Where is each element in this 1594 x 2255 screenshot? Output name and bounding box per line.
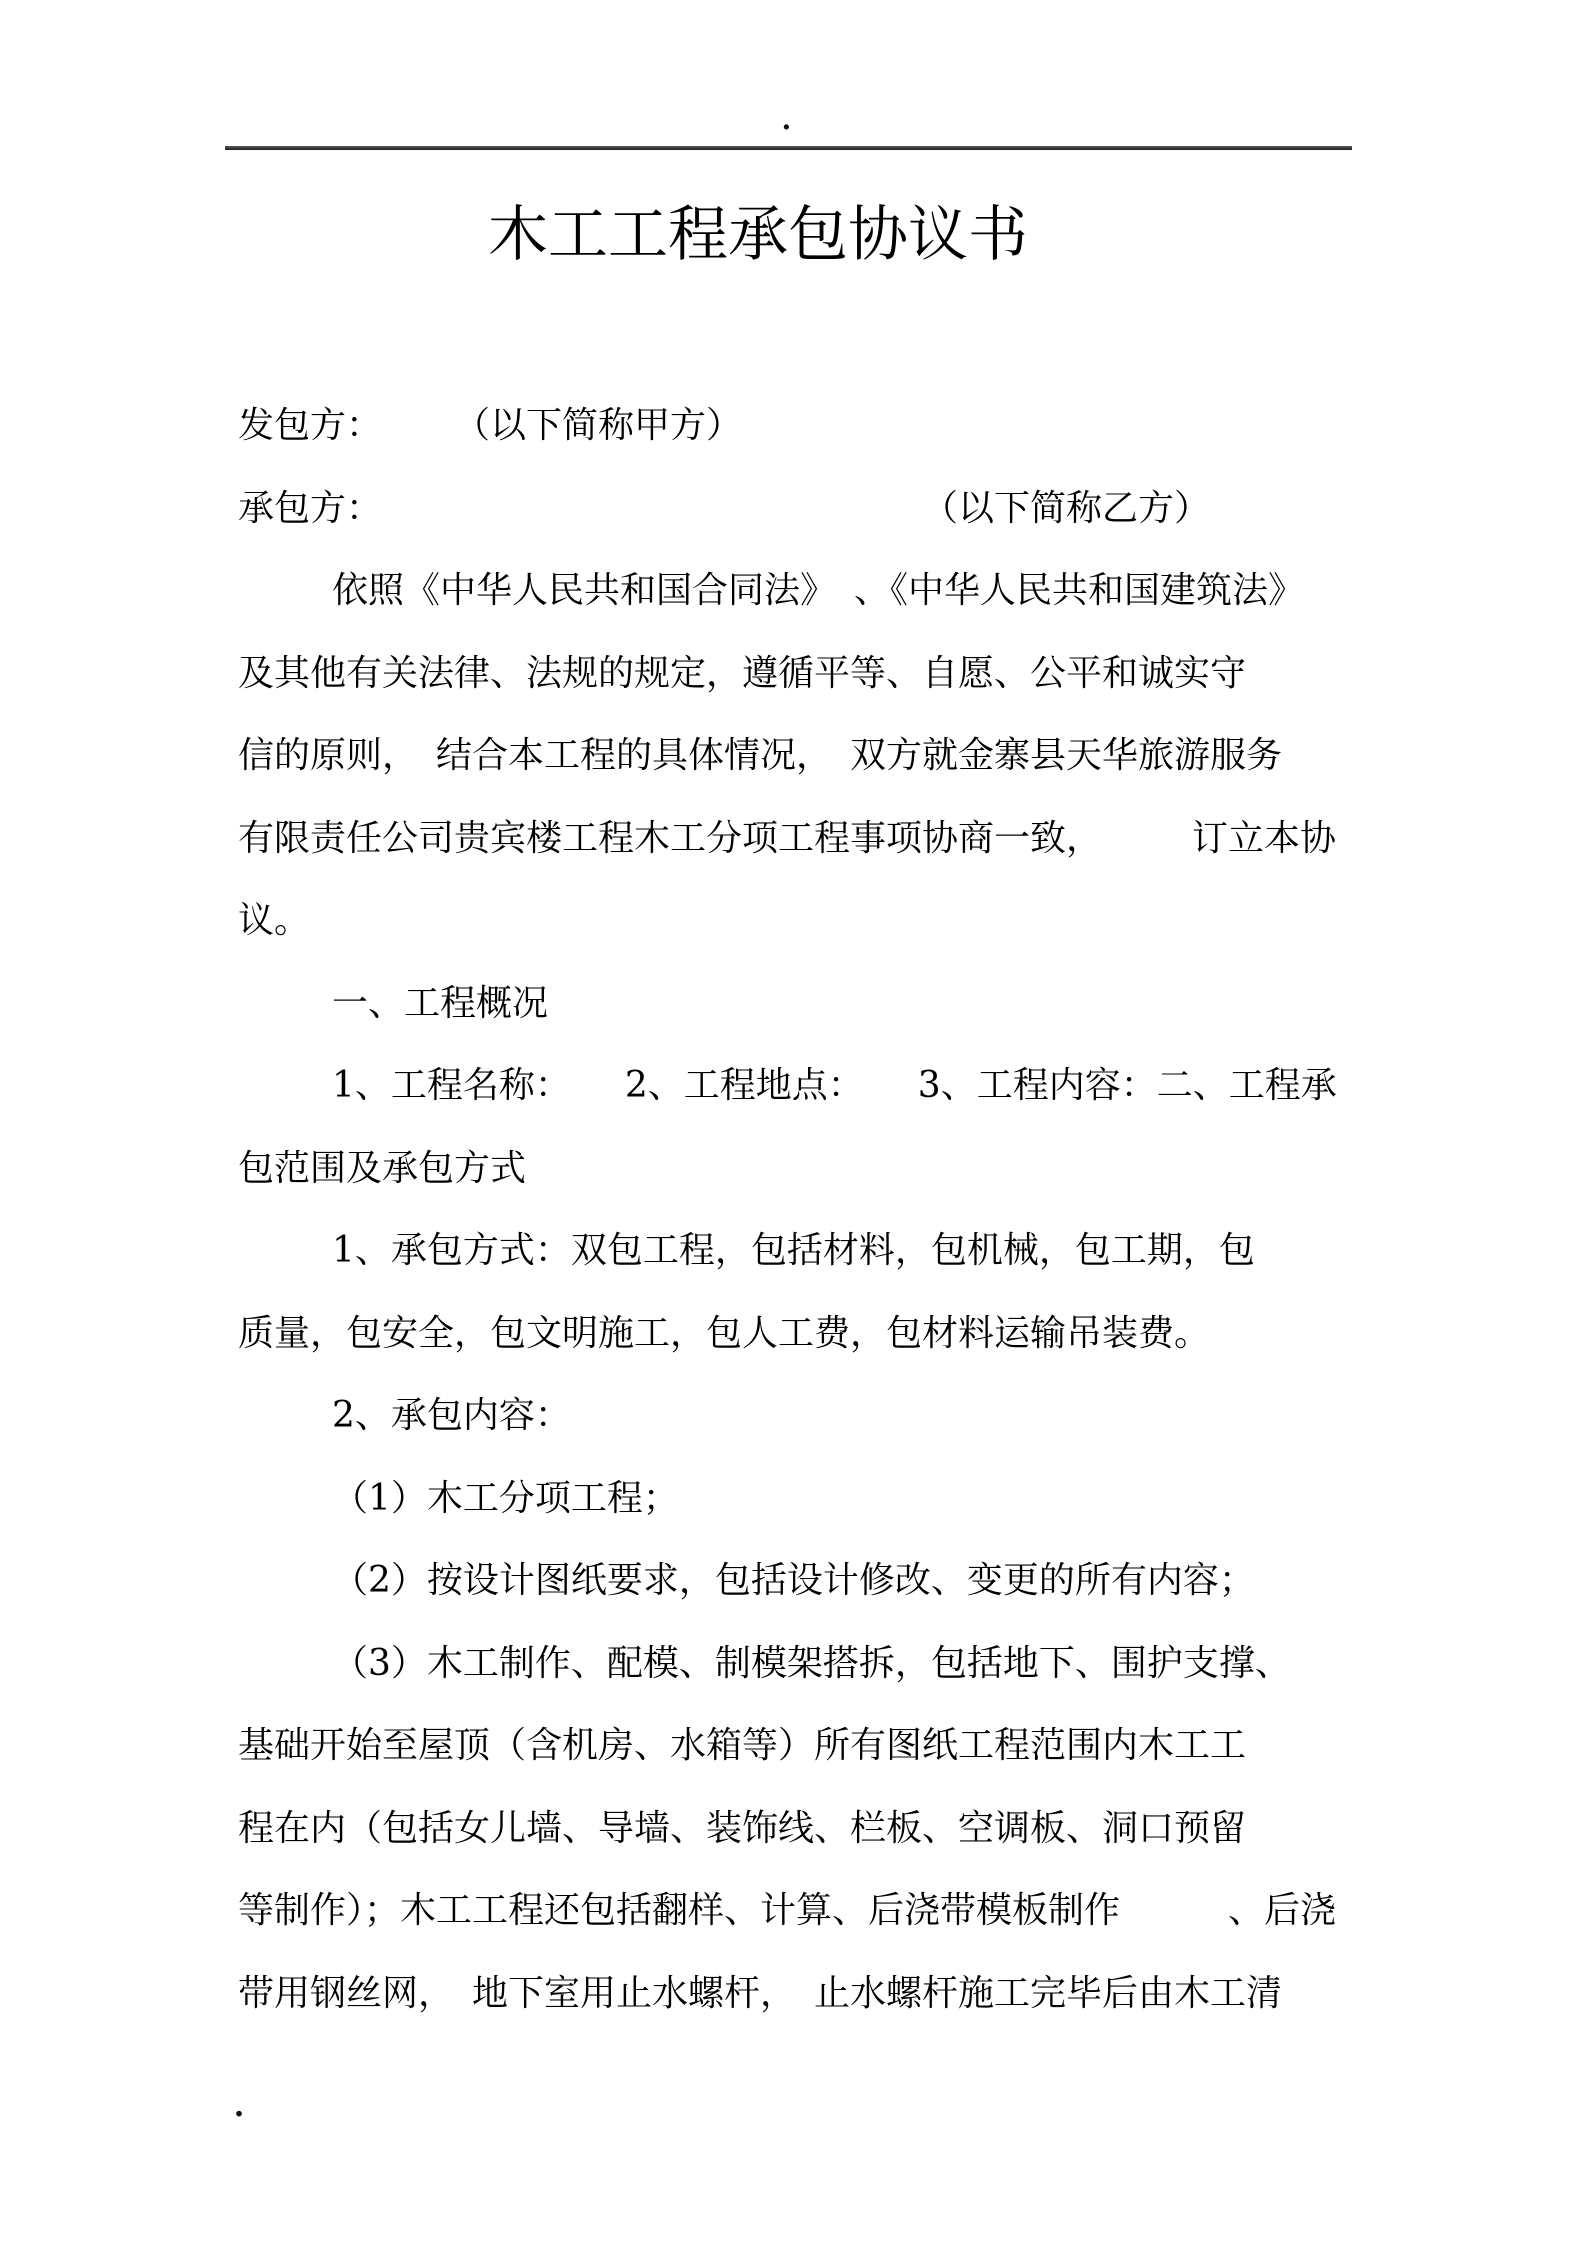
text-line: 2、承包内容： <box>238 1375 1378 1458</box>
document-page: . 木工工程承包协议书 发包方： （以下简称甲方） 承包方： （以下简称乙方） … <box>0 0 1594 2255</box>
text-line-item-1: （1）木工分项工程； <box>238 1458 1378 1541</box>
document-body: 发包方： （以下简称甲方） 承包方： （以下简称乙方） 依照《中华人民共和国合同… <box>238 385 1378 2035</box>
text-line: 程在内（包括女儿墙、导墙、装饰线、栏板、空调板、洞口预留 <box>238 1788 1378 1871</box>
text-line-item-2: （2）按设计图纸要求，包括设计修改、变更的所有内容； <box>238 1540 1378 1623</box>
text-line: 带用钢丝网， 地下室用止水螺杆， 止水螺杆施工完毕后由木工清 <box>238 1953 1378 2036</box>
text-line: 及其他有关法律、法规的规定，遵循平等、自愿、公平和诚实守 <box>238 633 1378 716</box>
text-line: 依照《中华人民共和国合同法》 、《中华人民共和国建筑法》 <box>238 550 1378 633</box>
text-line: 基础开始至屋顶（含机房、水箱等）所有图纸工程范围内木工工 <box>238 1705 1378 1788</box>
text-line-contractor: 承包方： （以下简称乙方） <box>238 468 1378 551</box>
stray-mark-bottom: . <box>232 2080 246 2124</box>
text-line-contract-issuer: 发包方： （以下简称甲方） <box>238 385 1378 468</box>
text-line: 1、工程名称： 2、工程地点： 3、工程内容：二、工程承 <box>238 1045 1378 1128</box>
header-divider-rule <box>225 146 1352 150</box>
text-line-item-3: （3）木工制作、配模、制模架搭拆，包括地下、围护支撑、 <box>238 1623 1378 1706</box>
text-line: 包范围及承包方式 <box>238 1128 1378 1211</box>
text-line: 质量，包安全，包文明施工，包人工费，包材料运输吊装费。 <box>238 1293 1378 1376</box>
stray-mark-top: . <box>780 96 793 136</box>
document-title: 木工工程承包协议书 <box>238 198 1278 272</box>
text-line-section-1-heading: 一、工程概况 <box>238 963 1378 1046</box>
text-line: 等制作）；木工工程还包括翻样、计算、后浇带模板制作 、后浇 <box>238 1870 1378 1953</box>
text-line: 议。 <box>238 880 1378 963</box>
text-line: 1、承包方式：双包工程，包括材料，包机械，包工期，包 <box>238 1210 1378 1293</box>
text-line: 信的原则， 结合本工程的具体情况， 双方就金寨县天华旅游服务 <box>238 715 1378 798</box>
text-line: 有限责任公司贵宾楼工程木工分项工程事项协商一致， 订立本协 <box>238 798 1378 881</box>
